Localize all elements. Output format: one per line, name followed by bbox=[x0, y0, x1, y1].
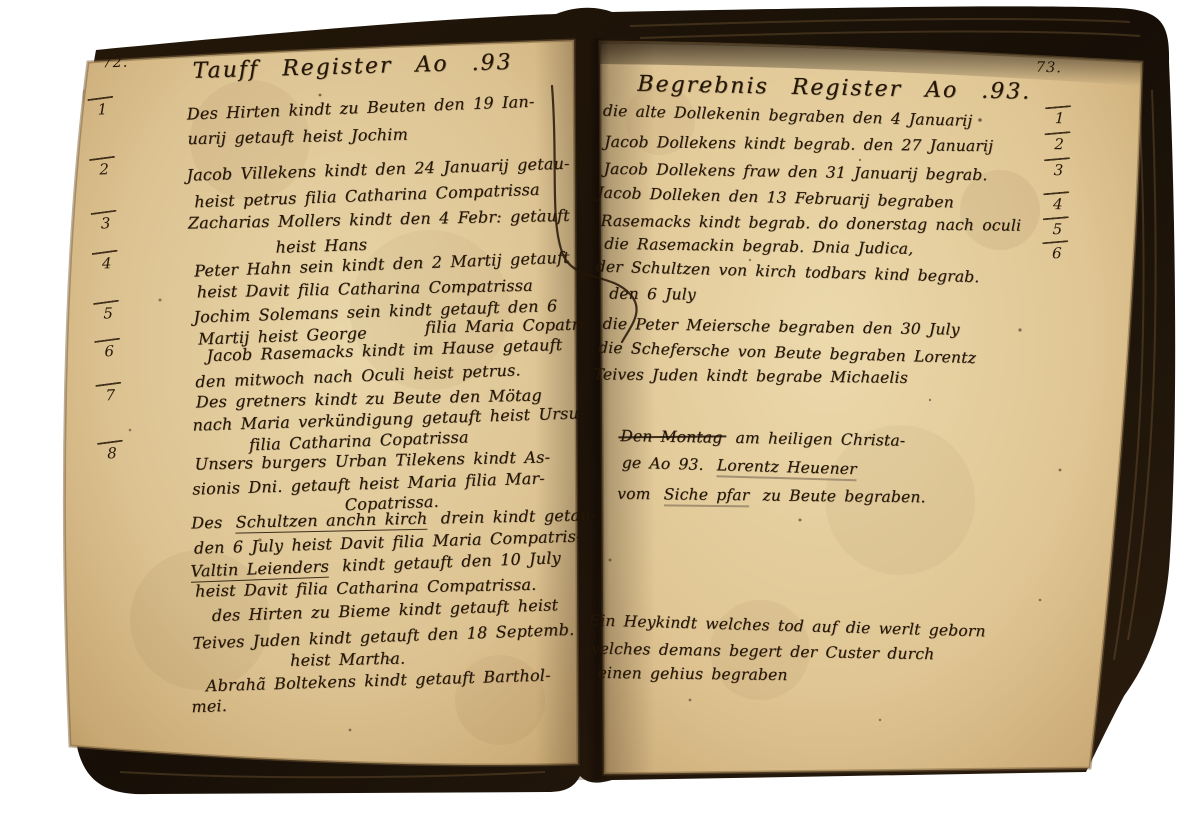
register-entry-line: die Schefersche von Beute begraben Loren… bbox=[598, 341, 976, 367]
margin-number: 4 bbox=[1047, 192, 1081, 213]
right-page-content: 73. Begrebnis Register Ao .93. 1 2 3 4 5… bbox=[584, 55, 1108, 785]
register-entry-line: heist Hans bbox=[275, 237, 367, 256]
margin-number: 2 bbox=[1048, 132, 1082, 153]
margin-number: 4 bbox=[96, 251, 131, 272]
register-entry-line: ge Ao 93. Lorentz Heuener bbox=[622, 456, 857, 478]
register-entry-line: der Schultzen von kirch todbars kind beg… bbox=[596, 259, 980, 285]
margin-number: 3 bbox=[1048, 158, 1082, 179]
register-entry-line: des Hirten zu Bieme kindt getauft heist bbox=[212, 597, 559, 624]
register-entry-line: die alte Dollekenin begraben den 4 Janua… bbox=[603, 104, 973, 130]
register-entry-line: Zacharias Mollers kindt den 4 Febr: geta… bbox=[188, 208, 570, 232]
page-header: Tauff Register Ao .93 bbox=[192, 50, 513, 84]
register-entry-line: Jacob Dollekens kindt begrab. den 27 Jan… bbox=[604, 135, 993, 155]
page-number: 72. bbox=[102, 55, 128, 72]
register-entry-line: Teives Juden kindt getauft den 18 Septem… bbox=[192, 622, 574, 652]
register-entry-line: Jacob Dollekens fraw den 31 Januarij beg… bbox=[604, 162, 988, 184]
register-entry-line: Rasemacks kindt begrab. do donerstag nac… bbox=[601, 214, 1022, 234]
margin-number: 6 bbox=[1046, 241, 1080, 262]
register-entry-line: mei. bbox=[191, 698, 227, 715]
margin-number: 1 bbox=[91, 97, 126, 118]
margin-number: 6 bbox=[98, 339, 133, 360]
margin-number: 7 bbox=[99, 383, 134, 404]
margin-number: 5 bbox=[97, 301, 132, 322]
margin-number: 3 bbox=[95, 211, 130, 232]
register-entry-line: Abrahã Boltekens kindt getauft Barthol- bbox=[206, 668, 551, 695]
margin-number: 1 bbox=[1049, 106, 1083, 127]
register-entry-line: Den Montag am heiligen Christa- bbox=[620, 429, 905, 449]
register-entry-line: heist petrus filia Catharina Compatrissa bbox=[194, 182, 540, 211]
register-entry-line: die Peter Meiersche begraben den 30 July bbox=[602, 317, 959, 338]
register-entry-line: Teives Juden kindt begrabe Michaelis bbox=[593, 367, 908, 386]
register-entry-line: den 6 July bbox=[609, 287, 696, 303]
register-entry-line: die Rasemackin begrab. Dnia Judica, bbox=[604, 237, 913, 258]
register-entry-line: heist Davit filia Catharina Compatrissa. bbox=[195, 577, 537, 600]
register-entry-line: Jacob Dolleken den 13 Februarij begraben bbox=[597, 186, 954, 211]
register-entry-line: Des Hirten kindt zu Beuten den 19 Ian- bbox=[187, 94, 535, 123]
page-number: 73. bbox=[1036, 60, 1062, 77]
register-entry-line: heist Davit filia Catharina Compatrissa bbox=[197, 278, 533, 301]
register-entry-line: vom Siche pfar zu Beute begraben. bbox=[617, 487, 926, 506]
register-entry-line: welches demans begert der Custer durch bbox=[586, 641, 935, 662]
register-entry-line: Jacob Villekens kindt den 24 Januarij ge… bbox=[186, 156, 570, 184]
margin-number: 2 bbox=[93, 157, 128, 178]
left-page-content: 72. Tauff Register Ao .93 1 2 3 4 5 6 7 … bbox=[80, 36, 605, 765]
margin-number: 5 bbox=[1046, 217, 1080, 238]
struck-through-text: Den Montag bbox=[620, 427, 722, 447]
register-entry-line: Ein Heykindt welches tod auf die werlt g… bbox=[588, 613, 985, 640]
manuscript-photo: 72. Tauff Register Ao .93 1 2 3 4 5 6 7 … bbox=[0, 0, 1200, 821]
register-entry-line: einen gehius begraben bbox=[597, 666, 787, 684]
page-header: Begrebnis Register Ao .93. bbox=[637, 72, 1031, 105]
register-entry-line: uarij getauft heist Jochim bbox=[187, 127, 408, 147]
register-entry-line: Peter Hahn sein kindt den 2 Martij getau… bbox=[194, 250, 570, 280]
register-entry-line: filia Maria Copatri- bbox=[425, 317, 591, 336]
margin-number: 8 bbox=[101, 441, 136, 462]
register-entry-line: heist Martha. bbox=[290, 651, 405, 669]
